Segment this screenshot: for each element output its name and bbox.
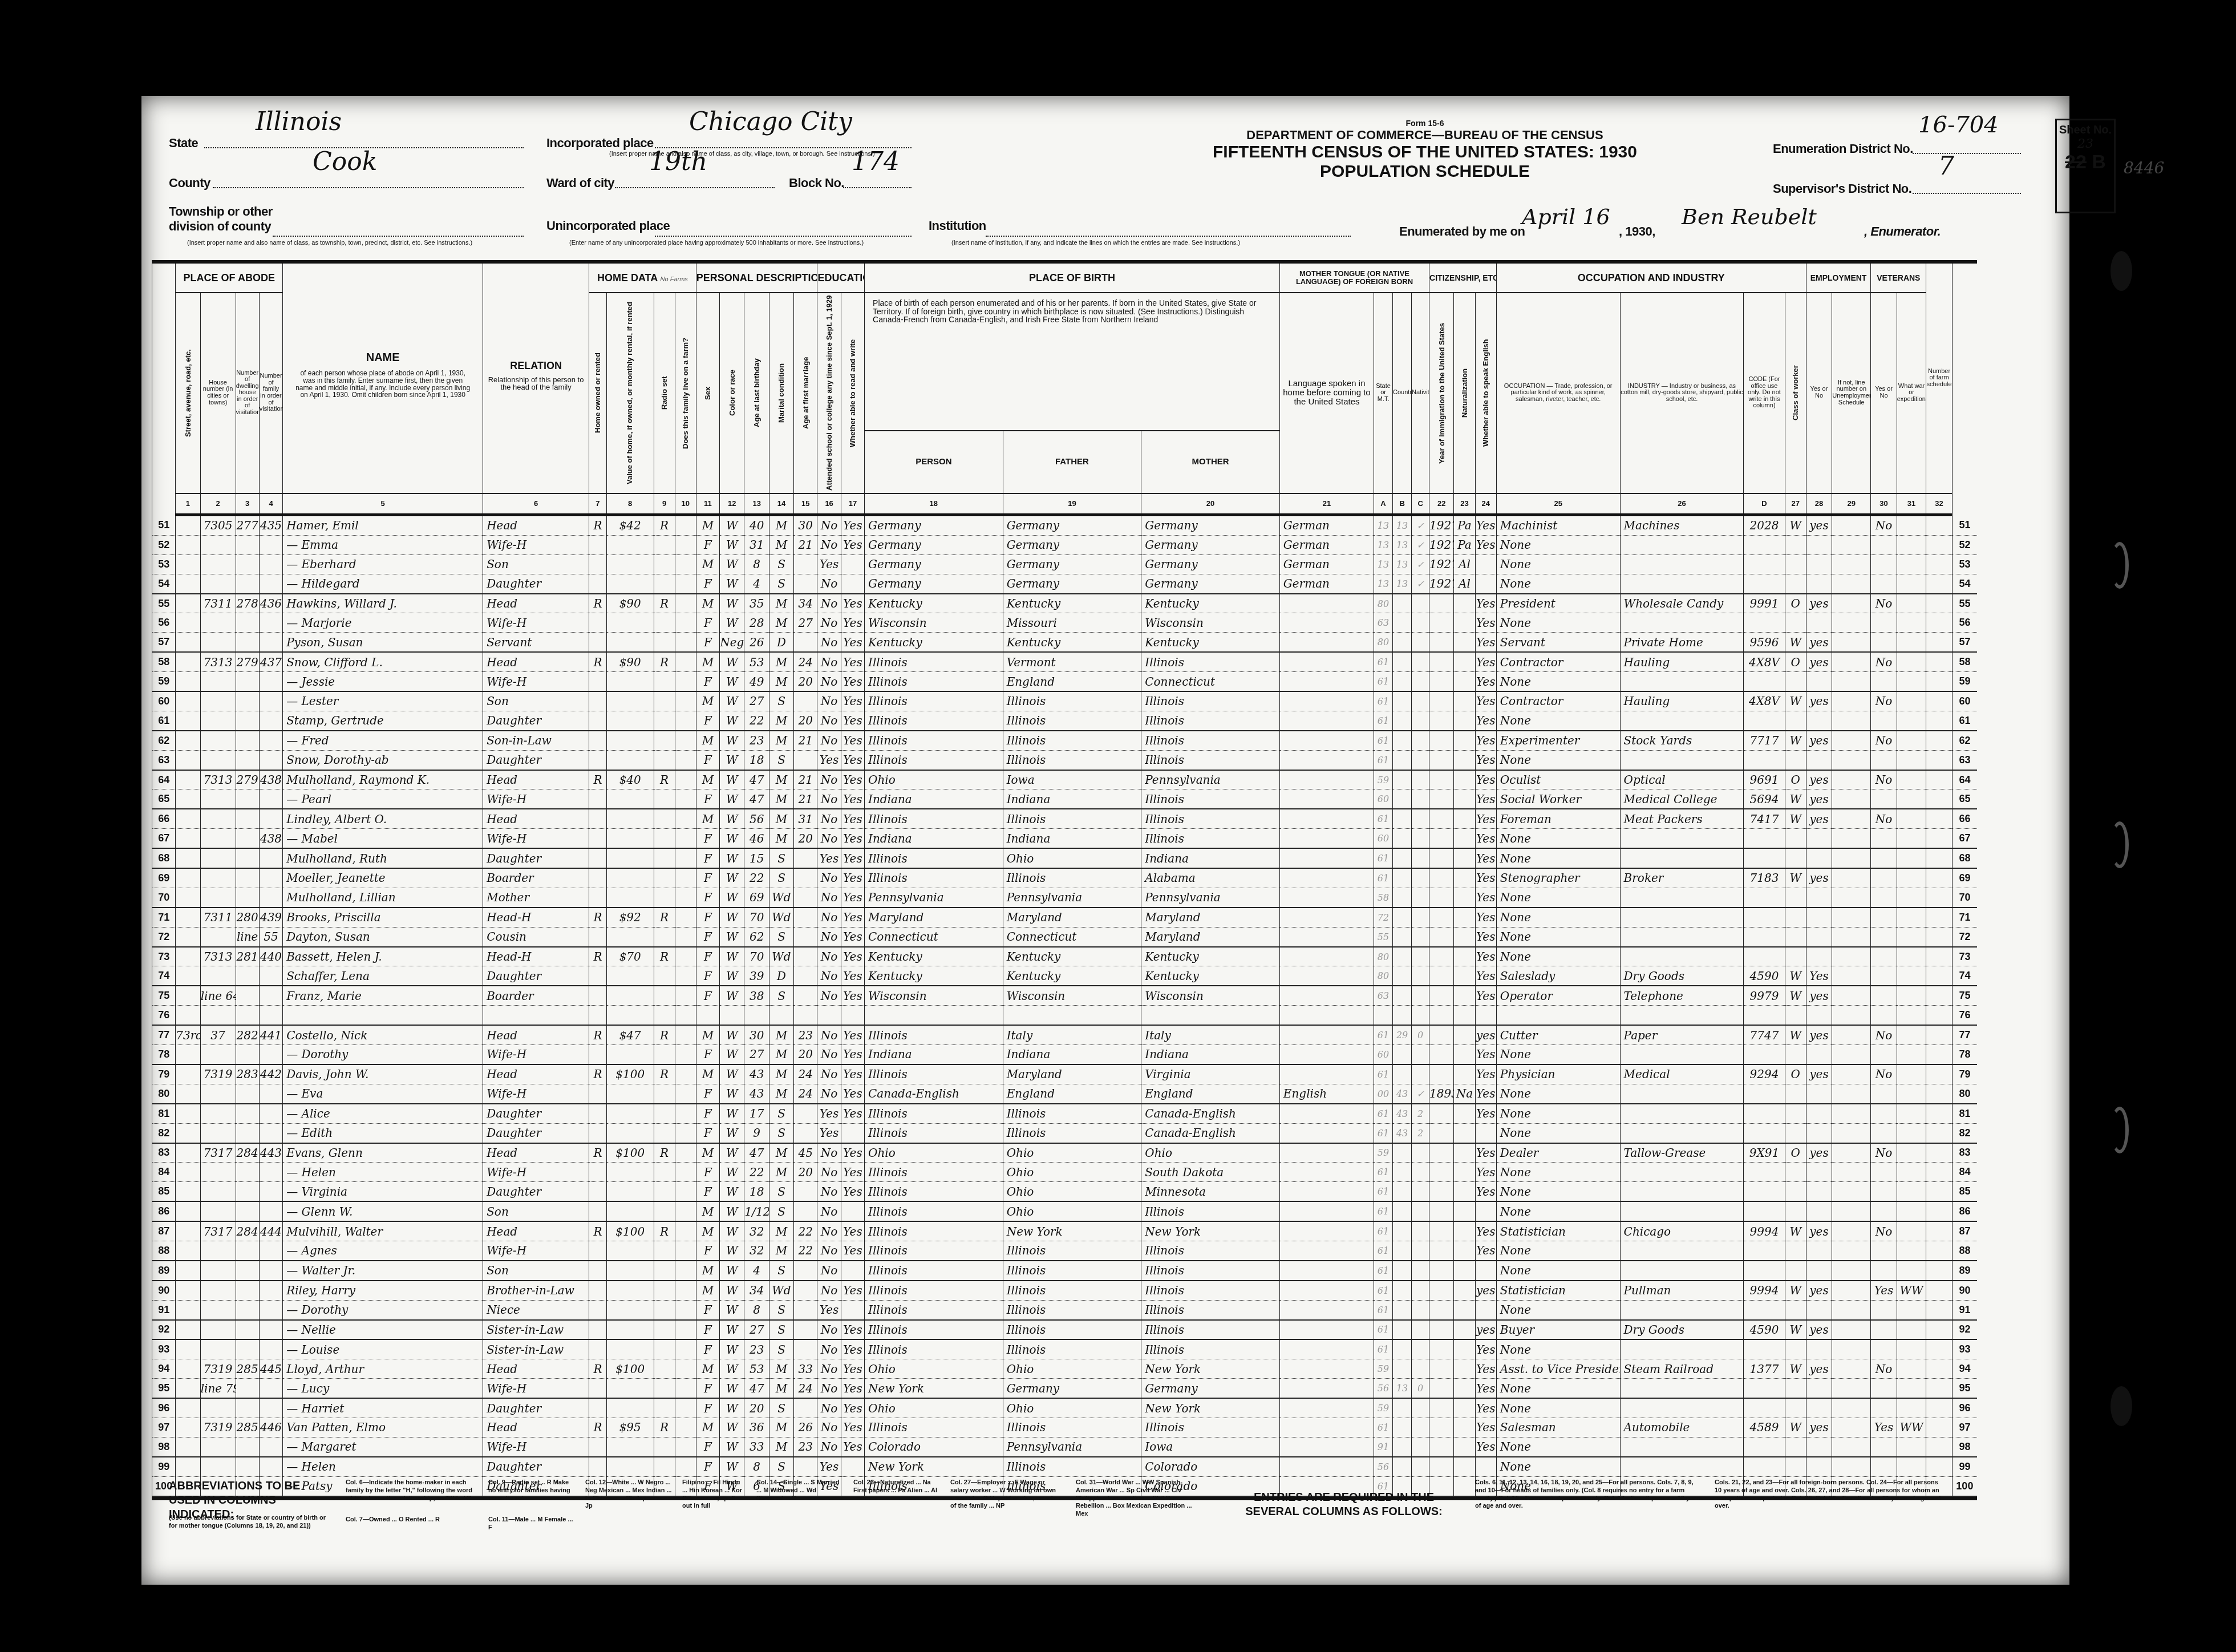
col-veteran-header: Yes or No [1871, 293, 1897, 493]
cell-unemp [1832, 515, 1871, 536]
cell-english: Yes [1475, 1339, 1496, 1359]
table-row: 88— AgnesWife-HFW32M22NoYesIllinoisIllin… [152, 1241, 1978, 1260]
cell-radio [654, 789, 675, 809]
cell-owned [589, 1320, 606, 1340]
line-number-right: 70 [1952, 888, 1977, 907]
cell-age: 27 [744, 1320, 769, 1340]
supervisor-field [1913, 170, 2021, 194]
cell-veteran [1871, 789, 1897, 809]
cell-birth-person: Germany [865, 515, 1003, 536]
cell-relation: Head-H [483, 908, 589, 927]
cell-code-a: 59 [1374, 1143, 1393, 1163]
cell-farm [675, 594, 696, 613]
cell-industry: Private Home [1620, 633, 1744, 652]
cell-race: W [720, 1359, 744, 1379]
cell-radio [654, 829, 675, 848]
cell-natur [1454, 927, 1475, 946]
cell-occupation: Machinist [1496, 515, 1620, 536]
cell-race: Neg [720, 633, 744, 652]
cell-war [1897, 1201, 1926, 1221]
cell-code-d [1744, 1261, 1785, 1281]
cell-war [1897, 672, 1926, 691]
line-number-right: 54 [1952, 574, 1977, 593]
cell-code-c [1412, 1320, 1429, 1340]
cell-occupation: Oculist [1496, 770, 1620, 789]
cell-street [176, 1398, 200, 1418]
form-title-block: Form 15-6 DEPARTMENT OF COMMERCE—BUREAU … [1168, 119, 1682, 181]
cell-age: 4 [744, 1261, 769, 1281]
cell-code-a: 56 [1374, 1457, 1393, 1476]
cell-code-d: 7747 [1744, 1025, 1785, 1044]
cell-age: 20 [744, 1398, 769, 1418]
cell-family [259, 672, 282, 691]
col-sex-header: Sex [696, 293, 719, 493]
cell-sex: F [696, 711, 719, 730]
cell-birth-mother: Illinois [1141, 691, 1280, 711]
cell-read [841, 1006, 864, 1025]
cell-dwelling: 279 [236, 652, 259, 671]
cell-war [1897, 966, 1926, 986]
cell-birth-person: Illinois [865, 1320, 1003, 1340]
cell-unemp [1832, 770, 1871, 789]
cell-birth-father: Iowa [1003, 770, 1141, 789]
cell-sex: F [696, 1045, 719, 1064]
cell-english: Yes [1475, 1163, 1496, 1182]
cell-sex: M [696, 731, 719, 750]
cell-farm-sched [1926, 966, 1952, 986]
incorporated-label: Incorporated place [546, 136, 654, 151]
cell-birth-father: Missouri [1003, 613, 1141, 633]
cell-age: 46 [744, 829, 769, 848]
cell-radio [654, 1339, 675, 1359]
cell-birth-mother: Virginia [1141, 1064, 1280, 1084]
cell-english: Yes [1475, 1398, 1496, 1418]
cell-read: Yes [841, 927, 864, 946]
cell-dwelling [236, 633, 259, 652]
cell-sex: F [696, 848, 719, 868]
cell-immig [1429, 770, 1454, 789]
cell-age-marr [794, 1398, 817, 1418]
cell-street [176, 554, 200, 574]
cell-natur [1454, 1104, 1475, 1123]
cell-at-work: yes [1806, 731, 1832, 750]
cell-family: 438 [259, 770, 282, 789]
cell-code-c [1412, 1006, 1429, 1025]
cell-farm [675, 1182, 696, 1201]
cell-occupation: Dealer [1496, 1143, 1620, 1163]
line-number: 65 [152, 789, 176, 809]
line-number-right: 60 [1952, 691, 1977, 711]
cell-birth-mother: Illinois [1141, 809, 1280, 828]
cell-owned: R [589, 594, 606, 613]
cell-code-d [1744, 848, 1785, 868]
cell-farm-sched [1926, 1025, 1952, 1044]
cell-birth-mother: Italy [1141, 1025, 1280, 1044]
cell-occupation: Contractor [1496, 691, 1620, 711]
table-row: 62— FredSon-in-LawMW23M21NoYesIllinoisIl… [152, 731, 1978, 750]
cell-farm [675, 633, 696, 652]
cell-age-marr [794, 868, 817, 888]
cell-occupation: None [1496, 1300, 1620, 1319]
cell-farm [675, 1123, 696, 1143]
cell-age: 15 [744, 848, 769, 868]
cell-immig [1429, 711, 1454, 730]
line-number-right: 74 [1952, 966, 1977, 986]
cell-street [176, 1201, 200, 1221]
cell-birth-person: Kentucky [865, 633, 1003, 652]
line-number-right: 89 [1952, 1261, 1977, 1281]
cell-name: Bassett, Helen J. [283, 947, 483, 966]
cell-dwelling [236, 1045, 259, 1064]
cell-name: Snow, Dorothy-ab [283, 750, 483, 770]
cell-age-marr [794, 986, 817, 1005]
cell-birth-mother: Kentucky [1141, 633, 1280, 652]
col-immigration-header: Year of immigration to the United States [1429, 293, 1454, 493]
cell-relation: Son [483, 1201, 589, 1221]
cell-age-marr [794, 848, 817, 868]
cell-code-c [1412, 770, 1429, 789]
cell-english: Yes [1475, 829, 1496, 848]
cell-race: W [720, 691, 744, 711]
line-number: 99 [152, 1457, 176, 1476]
column-number: C [1412, 493, 1429, 515]
cell-immig [1429, 1320, 1454, 1340]
cell-house: 7319 [200, 1418, 236, 1437]
cell-natur [1454, 848, 1475, 868]
birth-subheader: Place of birth of each person enumerated… [865, 293, 1280, 493]
table-row: 587313279437Snow, Clifford L.HeadR$90RMW… [152, 652, 1978, 671]
cell-code-a: 61 [1374, 1182, 1393, 1201]
cell-race: W [720, 652, 744, 671]
cell-veteran [1871, 554, 1897, 574]
cell-unemp [1832, 1104, 1871, 1123]
cell-code-a: 91 [1374, 1437, 1393, 1456]
cell-family [259, 535, 282, 554]
cell-veteran [1871, 1201, 1897, 1221]
cell-family [259, 1163, 282, 1182]
cell-war [1897, 1163, 1926, 1182]
cell-farm-sched [1926, 1418, 1952, 1437]
cell-sex: M [696, 1143, 719, 1163]
cell-code-b [1393, 1281, 1412, 1300]
cell-farm [675, 770, 696, 789]
cell-code-a: 80 [1374, 966, 1393, 986]
cell-family: 439 [259, 908, 282, 927]
cell-at-work [1806, 829, 1832, 848]
cell-code-b [1393, 613, 1412, 633]
cell-street [176, 633, 200, 652]
cell-code-d [1744, 888, 1785, 907]
census-sheet: State Illinois County Cook Township or o… [141, 96, 2069, 1585]
cell-war [1897, 986, 1926, 1005]
cell-unemp [1832, 927, 1871, 946]
cell-age: 32 [744, 1241, 769, 1260]
cell-race: W [720, 868, 744, 888]
cell-immig [1429, 947, 1454, 966]
cell-birth-person: Illinois [865, 1025, 1003, 1044]
cell-read: Yes [841, 515, 864, 536]
cell-owned: R [589, 908, 606, 927]
table-row: 717311280439Brooks, PriscillaHead-HR$92R… [152, 908, 1978, 927]
cell-radio [654, 868, 675, 888]
cell-birth-person: Indiana [865, 1045, 1003, 1064]
cell-name: — Nellie [283, 1320, 483, 1340]
cell-war [1897, 1339, 1926, 1359]
cell-occupation: Contractor [1496, 652, 1620, 671]
cell-english [1475, 1261, 1496, 1281]
cell-read: Yes [841, 1221, 864, 1241]
cell-language [1279, 1025, 1374, 1044]
cell-name: — Agnes [283, 1241, 483, 1260]
cell-birth-person: Illinois [865, 1261, 1003, 1281]
cell-house [200, 868, 236, 888]
cell-house [200, 691, 236, 711]
cell-age-marr [794, 1261, 817, 1281]
cell-at-work [1806, 1123, 1832, 1143]
cell-industry [1620, 1182, 1744, 1201]
cell-house [200, 1457, 236, 1476]
cell-occupation: Salesman [1496, 1418, 1620, 1437]
cell-farm-sched [1926, 770, 1952, 789]
cell-name: Riley, Harry [283, 1281, 483, 1300]
cell-age: 8 [744, 554, 769, 574]
cell-language: German [1279, 554, 1374, 574]
cell-race: W [720, 1201, 744, 1221]
cell-at-work: yes [1806, 594, 1832, 613]
abbrev-col9: Col. 9—Radio set .. R Make no entry for … [488, 1479, 574, 1503]
cell-farm-sched [1926, 789, 1952, 809]
relation-header: RELATION Relationship of this person to … [483, 264, 589, 493]
cell-code-d: 5694 [1744, 789, 1785, 809]
cell-age: 28 [744, 613, 769, 633]
cell-code-c [1412, 1398, 1429, 1418]
cell-age-marr [794, 554, 817, 574]
cell-birth-person: Connecticut [865, 927, 1003, 946]
cell-code-c [1412, 731, 1429, 750]
cell-radio [654, 574, 675, 593]
cell-value [606, 633, 654, 652]
cell-farm [675, 1006, 696, 1025]
cell-industry [1620, 1261, 1744, 1281]
cell-class [1785, 574, 1806, 593]
cell-birth-person: Ohio [865, 1143, 1003, 1163]
cell-radio [654, 672, 675, 691]
cell-english: Yes [1475, 652, 1496, 671]
column-number: 32 [1926, 493, 1952, 515]
cell-age: 18 [744, 1182, 769, 1201]
cell-code-c [1412, 1418, 1429, 1437]
cell-house: 7311 [200, 908, 236, 927]
cell-street [176, 672, 200, 691]
relation-header-desc: Relationship of this person to the head … [483, 371, 589, 396]
cell-owned [589, 1339, 606, 1359]
cell-occupation: None [1496, 927, 1620, 946]
cell-farm [675, 1379, 696, 1398]
cell-english: Yes [1475, 750, 1496, 770]
line-number-header-right [1952, 264, 1977, 515]
cell-immig [1429, 789, 1454, 809]
cell-birth-person: Illinois [865, 1104, 1003, 1123]
cell-family [259, 1182, 282, 1201]
cell-industry [1620, 1457, 1744, 1476]
column-number: 28 [1806, 493, 1832, 515]
cell-farm [675, 750, 696, 770]
line-number: 93 [152, 1339, 176, 1359]
relation-header-title: RELATION [483, 361, 589, 371]
personal-description-header: PERSONAL DESCRIPTION [696, 264, 817, 293]
cell-occupation [1496, 1006, 1620, 1025]
cell-english: Yes [1475, 711, 1496, 730]
cell-veteran: No [1871, 1221, 1897, 1241]
cell-sex: M [696, 770, 719, 789]
cell-birth-mother: Illinois [1141, 1261, 1280, 1281]
cell-street [176, 809, 200, 828]
cell-name: Davis, John W. [283, 1064, 483, 1084]
cell-name: Mulholland, Lillian [283, 888, 483, 907]
cell-english: Yes [1475, 1084, 1496, 1103]
cell-read [841, 554, 864, 574]
line-number: 70 [152, 888, 176, 907]
cell-house: 7319 [200, 1359, 236, 1379]
name-header-title: NAME [283, 352, 483, 364]
cell-war [1897, 1379, 1926, 1398]
cell-dwelling [236, 1261, 259, 1281]
cell-street [176, 691, 200, 711]
cell-radio [654, 711, 675, 730]
cell-family [259, 868, 282, 888]
cell-industry [1620, 1006, 1744, 1025]
cell-radio: R [654, 652, 675, 671]
cell-name: — Dorothy [283, 1045, 483, 1064]
cell-at-work: yes [1806, 1143, 1832, 1163]
cell-code-d [1744, 1398, 1785, 1418]
cell-age-marr: 30 [794, 515, 817, 536]
table-row: 647313279438Mulholland, Raymond K.HeadR$… [152, 770, 1978, 789]
cell-at-work [1806, 947, 1832, 966]
cell-dwelling [236, 613, 259, 633]
cell-birth-person: Ohio [865, 1359, 1003, 1379]
cell-code-d: 9994 [1744, 1281, 1785, 1300]
cell-veteran [1871, 1182, 1897, 1201]
cell-value [606, 1084, 654, 1103]
cell-sex: F [696, 1379, 719, 1398]
cell-name: — Dorothy [283, 1300, 483, 1319]
cell-birth-person: Wisconsin [865, 613, 1003, 633]
cell-veteran [1871, 1104, 1897, 1123]
cell-birth-mother: Illinois [1141, 652, 1280, 671]
cell-class [1785, 1300, 1806, 1319]
cell-war [1897, 1104, 1926, 1123]
cell-code-d [1744, 535, 1785, 554]
table-row: 61Stamp, GertrudeDaughterFW22M20NoYesIll… [152, 711, 1978, 730]
cell-school: No [817, 731, 841, 750]
cell-race: W [720, 1398, 744, 1418]
cell-radio [654, 1437, 675, 1456]
column-number: A [1374, 493, 1393, 515]
column-number: D [1744, 493, 1785, 515]
cell-owned [589, 1300, 606, 1319]
line-number: 58 [152, 652, 176, 671]
cell-marital: M [769, 1064, 793, 1084]
cell-race: W [720, 594, 744, 613]
col-language-header: Language spoken in home before coming to… [1279, 293, 1374, 493]
line-number: 91 [152, 1300, 176, 1319]
cell-street [176, 1457, 200, 1476]
cell-dwelling: 279 [236, 770, 259, 789]
cell-school: No [817, 613, 841, 633]
cell-code-a: 60 [1374, 1045, 1393, 1064]
line-number-right: 92 [1952, 1320, 1977, 1340]
cell-veteran [1871, 888, 1897, 907]
cell-code-c [1412, 652, 1429, 671]
cell-relation: Daughter [483, 574, 589, 593]
cell-birth-father: Maryland [1003, 908, 1141, 927]
cell-english: Yes [1475, 1045, 1496, 1064]
line-number: 78 [152, 1045, 176, 1064]
cell-code-a: 61 [1374, 652, 1393, 671]
cell-sex: F [696, 789, 719, 809]
cell-farm [675, 789, 696, 809]
cell-code-b [1393, 908, 1412, 927]
cell-sex: F [696, 947, 719, 966]
cell-age: 32 [744, 1221, 769, 1241]
line-number-right: 57 [1952, 633, 1977, 652]
cell-birth-father: Illinois [1003, 750, 1141, 770]
cell-dwelling: 277 [236, 515, 259, 536]
township-field [273, 213, 524, 237]
cell-age-marr [794, 1104, 817, 1123]
cell-code-a: 61 [1374, 691, 1393, 711]
cell-family [259, 554, 282, 574]
cell-birth-mother: Germany [1141, 535, 1280, 554]
cell-code-b [1393, 947, 1412, 966]
cell-code-c [1412, 809, 1429, 828]
cell-industry: Paper [1620, 1025, 1744, 1044]
cell-school: Yes [817, 1457, 841, 1476]
cell-class: W [1785, 1221, 1806, 1241]
cell-family [259, 691, 282, 711]
cell-english: Yes [1475, 927, 1496, 946]
cell-code-c [1412, 750, 1429, 770]
cell-birth-mother: Illinois [1141, 829, 1280, 848]
township-label: Township or other division of county [169, 204, 283, 234]
cell-unemp [1832, 535, 1871, 554]
cell-dwelling [236, 1084, 259, 1103]
cell-house: 37 [200, 1025, 236, 1044]
cell-industry [1620, 908, 1744, 927]
cell-birth-father: Illinois [1003, 711, 1141, 730]
cell-immig: 1927 [1429, 515, 1454, 536]
col-owned-header: Home owned or rented [589, 293, 606, 493]
table-row: 82— EdithDaughterFW9SYesIllinoisIllinois… [152, 1123, 1978, 1143]
cell-marital: S [769, 927, 793, 946]
cell-language: English [1279, 1084, 1374, 1103]
cell-natur [1454, 1006, 1475, 1025]
cell-farm [675, 731, 696, 750]
cell-family: 442 [259, 1064, 282, 1084]
col-school-header: Attended school or college any time sinc… [817, 293, 841, 493]
column-number: 14 [769, 493, 793, 515]
cell-unemp [1832, 1143, 1871, 1163]
cell-english: Yes [1475, 535, 1496, 554]
table-row: 91— DorothyNieceFW8SYesIllinoisIllinoisI… [152, 1300, 1978, 1319]
cell-natur [1454, 1457, 1475, 1476]
cell-owned [589, 1457, 606, 1476]
cell-code-a: 61 [1374, 1418, 1393, 1437]
cell-at-work [1806, 908, 1832, 927]
cell-occupation: Social Worker [1496, 789, 1620, 809]
cell-industry [1620, 1045, 1744, 1064]
